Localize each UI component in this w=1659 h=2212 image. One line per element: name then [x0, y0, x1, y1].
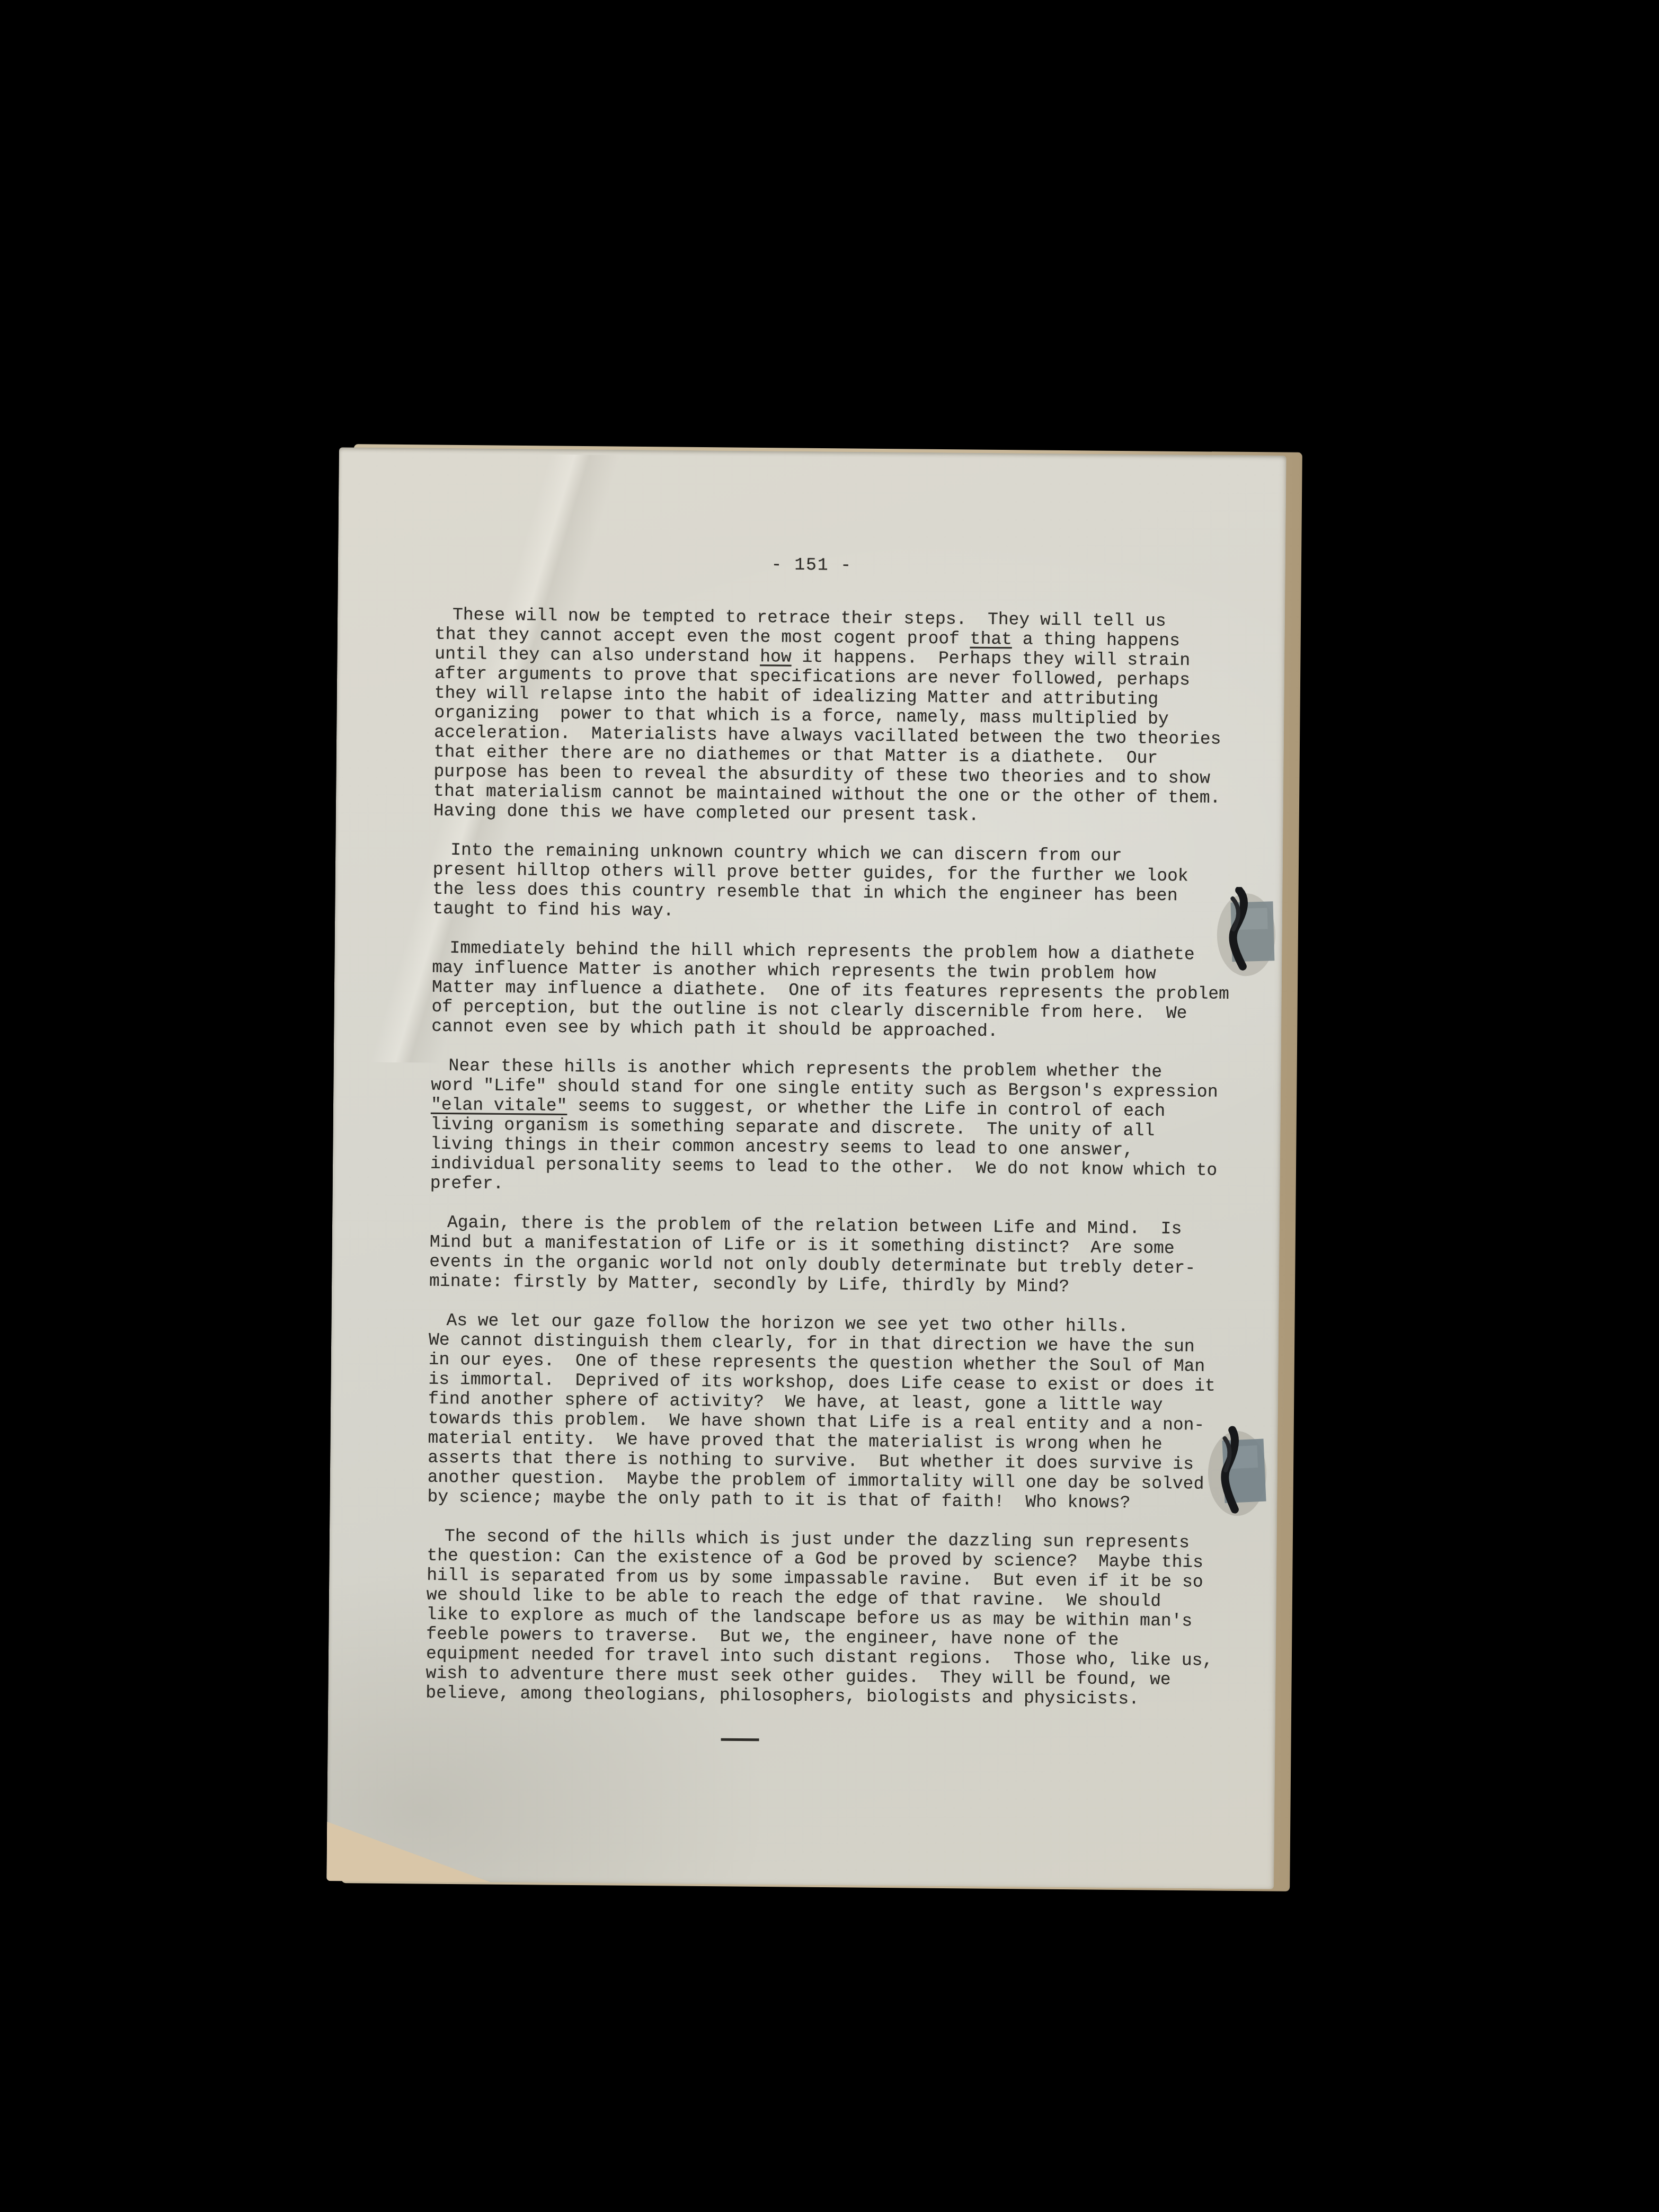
paragraph: Again, there is the problem of the relat… [429, 1213, 1214, 1298]
staple-mark-top [1214, 887, 1278, 978]
paragraph: Near these hills is another which repres… [430, 1056, 1216, 1200]
paragraph: Into the remaining unknown country which… [432, 840, 1217, 926]
photo-scene: - 151 - These will now be tempted to ret… [0, 0, 1659, 2212]
page-number: - 151 - [436, 552, 1188, 578]
staple-mark-bottom [1205, 1426, 1270, 1519]
corner-fold [326, 1822, 491, 1882]
paragraph: Immediately behind the hill which repres… [431, 938, 1217, 1043]
paragraph: These will now be tempted to retrace the… [433, 605, 1219, 828]
paragraph: As we let our gaze follow the horizon we… [427, 1311, 1213, 1514]
section-divider [721, 1738, 759, 1742]
document-page: - 151 - These will now be tempted to ret… [326, 447, 1287, 1889]
typewritten-text: These will now be tempted to retrace the… [425, 605, 1220, 1745]
paragraph: The second of the hills which is just un… [425, 1526, 1211, 1710]
